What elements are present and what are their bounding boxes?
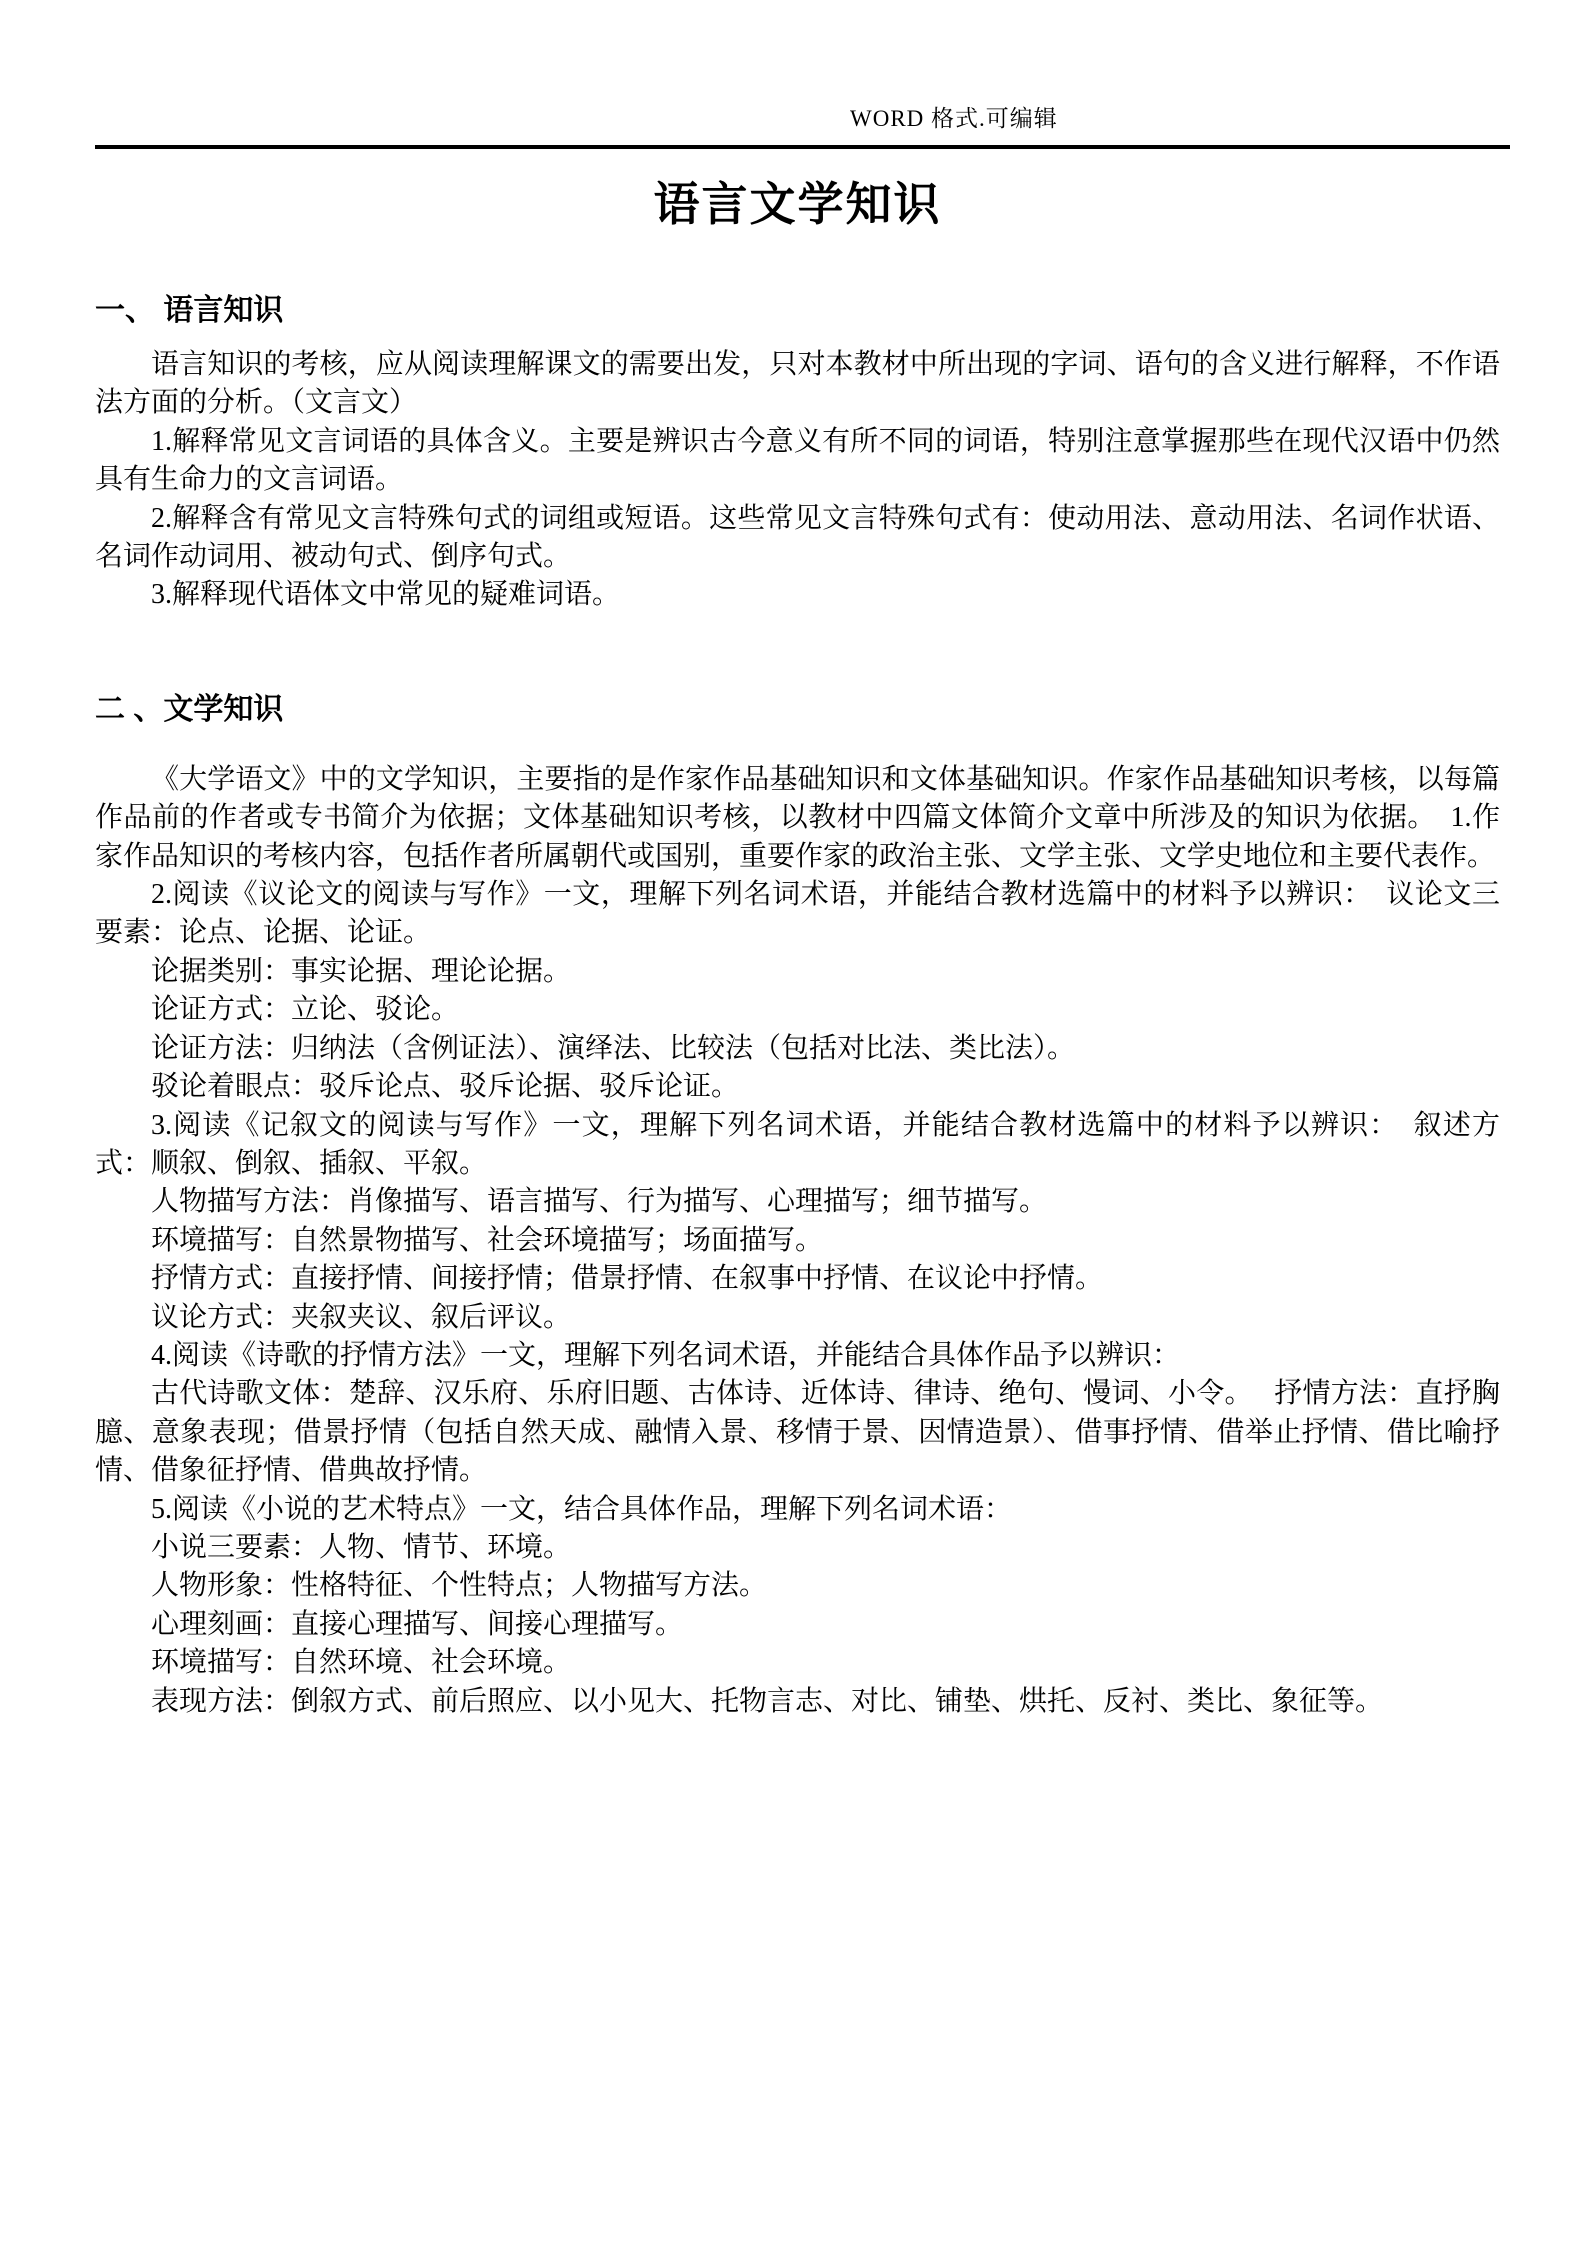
paragraph: 2.解释含有常见文言特殊句式的词组或短语。这些常见文言特殊句式有：使动用法、意动… [95, 500, 1500, 577]
section-2-body: 《大学语文》中的文学知识，主要指的是作家作品基础知识和文体基础知识。作家作品基础… [95, 761, 1500, 1721]
header-divider-line [95, 145, 1510, 149]
paragraph: 1.解释常见文言词语的具体含义。主要是辨识古今意义有所不同的词语，特别注意掌握那… [95, 423, 1500, 500]
section-2-heading: 二 、文学知识 [95, 689, 1500, 731]
paragraph: 环境描写：自然景物描写、社会环境描写；场面描写。 [95, 1222, 1500, 1260]
paragraph: 4.阅读《诗歌的抒情方法》一文，理解下列名词术语，并能结合具体作品予以辨识： [95, 1337, 1500, 1375]
paragraph: 5.阅读《小说的艺术特点》一文，结合具体作品，理解下列名词术语： [95, 1491, 1500, 1529]
paragraph: 3.阅读《记叙文的阅读与写作》一文，理解下列名词术语，并能结合教材选篇中的材料予… [95, 1107, 1500, 1184]
document-title: 语言文学知识 [95, 176, 1500, 232]
paragraph: 3.解释现代语体文中常见的疑难词语。 [95, 576, 1500, 614]
paragraph: 人物形象：性格特征、个性特点；人物描写方法。 [95, 1567, 1500, 1605]
paragraph: 人物描写方法：肖像描写、语言描写、行为描写、心理描写；细节描写。 [95, 1183, 1500, 1221]
document-content: 语言文学知识 一、 语言知识 语言知识的考核，应从阅读理解课文的需要出发，只对本… [95, 0, 1500, 1721]
section-1-body: 语言知识的考核，应从阅读理解课文的需要出发，只对本教材中所出现的字词、语句的含义… [95, 346, 1500, 615]
paragraph: 表现方法：倒叙方式、前后照应、以小见大、托物言志、对比、铺垫、烘托、反衬、类比、… [95, 1683, 1500, 1721]
paragraph: 论证方式：立论、驳论。 [95, 991, 1500, 1029]
paragraph: 论证方法：归纳法（含例证法）、演绎法、比较法（包括对比法、类比法）。 [95, 1030, 1500, 1068]
paragraph: 驳论着眼点：驳斥论点、驳斥论据、驳斥论证。 [95, 1068, 1500, 1106]
paragraph: 心理刻画：直接心理描写、间接心理描写。 [95, 1606, 1500, 1644]
section-1-heading: 一、 语言知识 [95, 290, 1500, 332]
paragraph: 语言知识的考核，应从阅读理解课文的需要出发，只对本教材中所出现的字词、语句的含义… [95, 346, 1500, 423]
paragraph: 论据类别：事实论据、理论论据。 [95, 953, 1500, 991]
document-page: WORD 格式.可编辑 语言文学知识 一、 语言知识 语言知识的考核，应从阅读理… [0, 0, 1587, 2245]
paragraph: 2.阅读《议论文的阅读与写作》一文，理解下列名词术语，并能结合教材选篇中的材料予… [95, 876, 1500, 953]
section-literature-knowledge: 二 、文学知识 《大学语文》中的文学知识，主要指的是作家作品基础知识和文体基础知… [95, 689, 1500, 1721]
section-language-knowledge: 一、 语言知识 语言知识的考核，应从阅读理解课文的需要出发，只对本教材中所出现的… [95, 290, 1500, 615]
paragraph: 环境描写：自然环境、社会环境。 [95, 1644, 1500, 1682]
paragraph: 议论方式：夹叙夹议、叙后评议。 [95, 1299, 1500, 1337]
paragraph: 古代诗歌文体：楚辞、汉乐府、乐府旧题、古体诗、近体诗、律诗、绝句、慢词、小令。 … [95, 1375, 1500, 1490]
paragraph: 小说三要素：人物、情节、环境。 [95, 1529, 1500, 1567]
paragraph: 《大学语文》中的文学知识，主要指的是作家作品基础知识和文体基础知识。作家作品基础… [95, 761, 1500, 876]
paragraph: 抒情方式：直接抒情、间接抒情；借景抒情、在叙事中抒情、在议论中抒情。 [95, 1260, 1500, 1298]
page-header-text: WORD 格式.可编辑 [850, 104, 1058, 134]
